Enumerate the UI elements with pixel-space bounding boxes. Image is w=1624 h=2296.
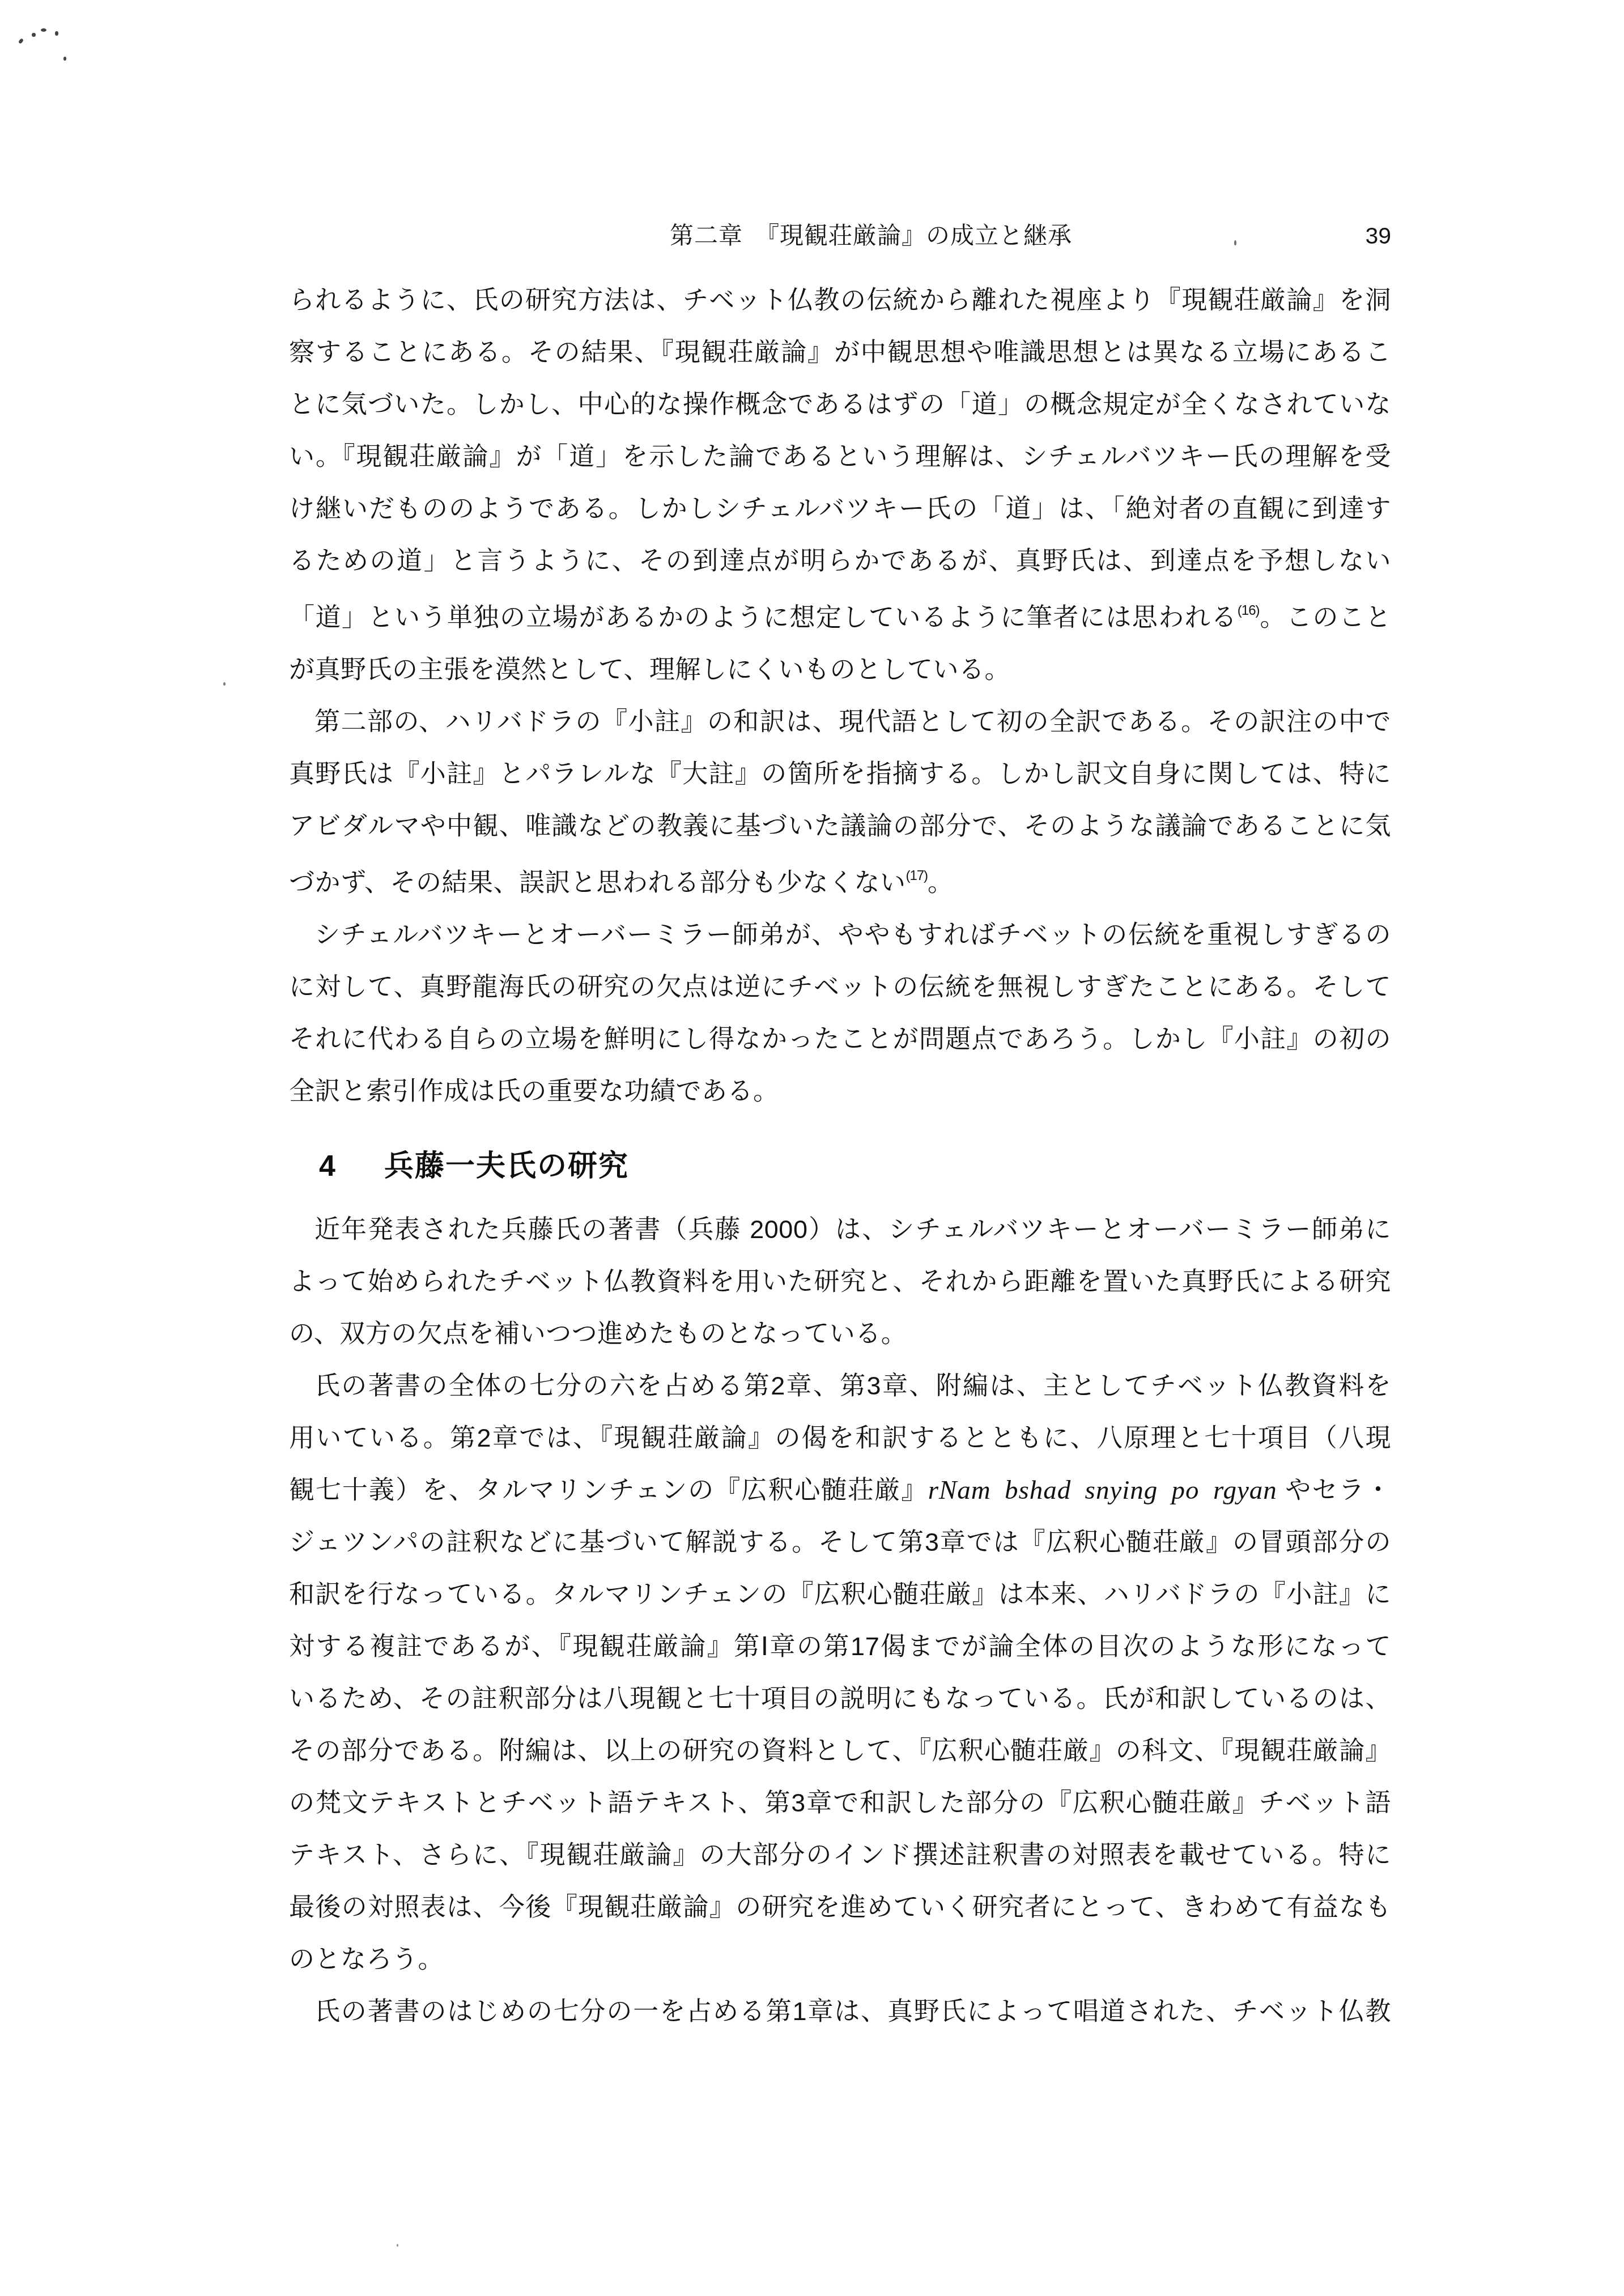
text-segment: づかず、その結果、誤訳と思われる部分も少なくない xyxy=(289,868,905,897)
text-segment: 和訳を行なっている。タルマリンチェンの『広釈心髄荘厳』は本来、ハリバドラの『小註… xyxy=(289,1580,1391,1609)
text-segment: い。『現観荘厳論』が「道」を示した論であるという理解は、シチェルバツキー氏の理解… xyxy=(289,442,1391,471)
text-line: テキスト、さらに、『現観荘厳論』の大部分のインド撰述註釈書の対照表を載せている。… xyxy=(289,1829,1391,1881)
section-title: 兵藤一夫氏の研究 xyxy=(384,1150,629,1183)
text-line: い。『現観荘厳論』が「道」を示した論であるという理解は、シチェルバツキー氏の理解… xyxy=(289,431,1391,483)
text-segment: 。このこと xyxy=(1260,603,1391,632)
scan-speck xyxy=(63,57,66,61)
text-line: づかず、その結果、誤訳と思われる部分も少なくない(17)。 xyxy=(289,852,1391,909)
text-line: の梵文テキストとチベット語テキスト、第3章で和訳した部分の『広釈心髄荘厳』チベッ… xyxy=(289,1777,1391,1829)
scan-speck xyxy=(18,38,24,44)
text-line: 第二部の、ハリバドラの『小註』の和訳は、現代語として初の全訳である。その訳注の中… xyxy=(289,696,1391,748)
text-segment: の梵文テキストとチベット語テキスト、第3章で和訳した部分の『広釈心髄荘厳』チベッ… xyxy=(289,1788,1391,1817)
text-line: られるように、氏の研究方法は、チベット仏教の伝統から離れた視座より『現観荘厳論』… xyxy=(289,274,1391,326)
running-header: 第二章 『現観荘厳論』の成立と継承 39 xyxy=(289,222,1391,249)
text-segment: の、双方の欠点を補いつつ進めたものとなっている。 xyxy=(289,1319,907,1348)
text-line: け継いだもののようである。しかしシチェルバツキー氏の「道」は、「絶対者の直観に到… xyxy=(289,483,1391,535)
text-segment: 「道」という単独の立場があるかのように想定しているように筆者には思われる xyxy=(289,603,1238,632)
text-segment: とに気づいた。しかし、中心的な操作概念であるはずの「道」の概念規定が全くなされて… xyxy=(289,390,1391,419)
text-line: 近年発表された兵藤氏の著書（兵藤 2000）は、シチェルバツキーとオーバーミラー… xyxy=(289,1204,1391,1256)
text-line: 全訳と索引作成は氏の重要な功績である。 xyxy=(289,1065,1391,1117)
text-line: 対する複註であるが、『現観荘厳論』第Ⅰ章の第17偈までが論全体の目次のような形に… xyxy=(289,1621,1391,1673)
text-line: 氏の著書のはじめの七分の一を占める第1章は、真野氏によって唱道された、チベット仏… xyxy=(289,1985,1391,2038)
text-line: 用いている。第2章では、『現観荘厳論』の偈を和訳するとともに、八原理と七十項目（… xyxy=(289,1412,1391,1464)
text-line: 真野氏は『小註』とパラレルな『大註』の箇所を指摘する。しかし訳文自身に関しては、… xyxy=(289,748,1391,800)
section-heading: 4兵藤一夫氏の研究 xyxy=(289,1140,1391,1192)
text-line: のとなろう。 xyxy=(289,1933,1391,1985)
text-segment: 用いている。第2章では、『現観荘厳論』の偈を和訳するとともに、八原理と七十項目（… xyxy=(289,1423,1391,1452)
text-line: とに気づいた。しかし、中心的な操作概念であるはずの「道」の概念規定が全くなされて… xyxy=(289,379,1391,431)
body-text: られるように、氏の研究方法は、チベット仏教の伝統から離れた視座より『現観荘厳論』… xyxy=(289,274,1391,2038)
text-line: るための道」と言うように、その到達点が明らかであるが、真野氏は、到達点を予想しな… xyxy=(289,535,1391,587)
text-line: シチェルバツキーとオーバーミラー師弟が、ややもすればチベットの伝統を重視しすぎる… xyxy=(289,909,1391,961)
text-line: いるため、その註釈部分は八現観と七十項目の説明にもなっている。氏が和訳しているの… xyxy=(289,1673,1391,1725)
page-number: 39 xyxy=(1365,222,1391,249)
text-segment: のとなろう。 xyxy=(289,1945,444,1974)
text-segment: るための道」と言うように、その到達点が明らかであるが、真野氏は、到達点を予想しな… xyxy=(289,546,1391,575)
section-number: 4 xyxy=(319,1150,337,1183)
text-segment: 真野氏は『小註』とパラレルな『大註』の箇所を指摘する。しかし訳文自身に関しては、… xyxy=(289,759,1391,788)
text-line: それに代わる自らの立場を鮮明にし得なかったことが問題点であろう。しかし『小註』の… xyxy=(289,1013,1391,1065)
text-segment: 。 xyxy=(928,868,954,897)
text-segment: 全訳と索引作成は氏の重要な功績である。 xyxy=(289,1077,779,1106)
text-line: よって始められたチベット仏教資料を用いた研究と、それから距離を置いた真野氏による… xyxy=(289,1256,1391,1308)
scan-speck xyxy=(32,33,36,37)
text-segment: ジェツンパの註釈などに基づいて解説する。そして第3章では『広釈心髄荘厳』の冒頭部… xyxy=(289,1528,1391,1557)
text-segment: いるため、その註釈部分は八現観と七十項目の説明にもなっている。氏が和訳しているの… xyxy=(289,1684,1391,1713)
text-line: が真野氏の主張を漠然として、理解しにくいものとしている。 xyxy=(289,644,1391,696)
text-line: 最後の対照表は、今後『現観荘厳論』の研究を進めていく研究者にとって、きわめて有益… xyxy=(289,1881,1391,1933)
text-segment: その部分である。附編は、以上の研究の資料として、『広釈心髄荘厳』の科文、『現観荘… xyxy=(289,1736,1391,1765)
text-segment: 近年発表された兵藤氏の著書（兵藤 2000）は、シチェルバツキーとオーバーミラー… xyxy=(314,1215,1391,1244)
text-segment: 察することにある。その結果、『現観荘厳論』が中観思想や唯識思想とは異なる立場にあ… xyxy=(289,338,1391,367)
text-segment: やセラ・ xyxy=(1277,1476,1391,1504)
text-segment: 観七十義）を、タルマリンチェンの『広釈心髄荘厳』 xyxy=(289,1476,928,1504)
text-segment: に対して、真野龍海氏の研究の欠点は逆にチベットの伝統を無視しすぎたことにある。そ… xyxy=(289,972,1391,1001)
text-segment: 最後の対照表は、今後『現観荘厳論』の研究を進めていく研究者にとって、きわめて有益… xyxy=(289,1893,1391,1921)
text-segment: よって始められたチベット仏教資料を用いた研究と、それから距離を置いた真野氏による… xyxy=(289,1267,1391,1296)
text-segment: られるように、氏の研究方法は、チベット仏教の伝統から離れた視座より『現観荘厳論』… xyxy=(289,286,1391,314)
text-line: 察することにある。その結果、『現観荘厳論』が中観思想や唯識思想とは異なる立場にあ… xyxy=(289,326,1391,379)
footnote-marker: (16) xyxy=(1238,603,1260,618)
tibetan-title-romanized: rNam bshad snying po rgyan xyxy=(928,1476,1277,1505)
text-line: その部分である。附編は、以上の研究の資料として、『広釈心髄荘厳』の科文、『現観荘… xyxy=(289,1725,1391,1777)
scan-speck xyxy=(223,682,226,686)
text-segment: が真野氏の主張を漠然として、理解しにくいものとしている。 xyxy=(289,655,1010,684)
text-line: に対して、真野龍海氏の研究の欠点は逆にチベットの伝統を無視しすぎたことにある。そ… xyxy=(289,961,1391,1013)
text-line: アビダルマや中観、唯識などの教義に基づいた議論の部分で、そのような議論であること… xyxy=(289,800,1391,852)
text-line: 和訳を行なっている。タルマリンチェンの『広釈心髄荘厳』は本来、ハリバドラの『小註… xyxy=(289,1568,1391,1621)
scan-speck xyxy=(55,31,58,36)
text-segment: 氏の著書のはじめの七分の一を占める第1章は、真野氏によって唱道された、チベット仏… xyxy=(314,1997,1391,2026)
text-segment: 対する複註であるが、『現観荘厳論』第Ⅰ章の第17偈までが論全体の目次のような形に… xyxy=(289,1632,1391,1661)
text-segment: それに代わる自らの立場を鮮明にし得なかったことが問題点であろう。しかし『小註』の… xyxy=(289,1024,1391,1053)
scan-speck xyxy=(397,2244,398,2247)
text-segment: 第二部の、ハリバドラの『小註』の和訳は、現代語として初の全訳である。その訳注の中… xyxy=(314,707,1391,736)
text-line: 観七十義）を、タルマリンチェンの『広釈心髄荘厳』rNam bshad snyin… xyxy=(289,1464,1391,1516)
running-header-chapter-title: 第二章 『現観荘厳論』の成立と継承 xyxy=(670,222,1072,249)
text-line: ジェツンパの註釈などに基づいて解説する。そして第3章では『広釈心髄荘厳』の冒頭部… xyxy=(289,1516,1391,1568)
scan-speck xyxy=(1234,240,1236,245)
footnote-marker: (17) xyxy=(905,868,928,883)
text-segment: け継いだもののようである。しかしシチェルバツキー氏の「道」は、「絶対者の直観に到… xyxy=(289,494,1391,523)
text-segment: テキスト、さらに、『現観荘厳論』の大部分のインド撰述註釈書の対照表を載せている。… xyxy=(289,1840,1391,1869)
text-segment: シチェルバツキーとオーバーミラー師弟が、ややもすればチベットの伝統を重視しすぎる… xyxy=(314,920,1391,949)
scan-speck xyxy=(41,28,46,32)
text-segment: 氏の著書の全体の七分の六を占める第2章、第3章、附編は、主としてチベット仏教資料… xyxy=(314,1371,1391,1400)
text-line: 「道」という単独の立場があるかのように想定しているように筆者には思われる(16)… xyxy=(289,587,1391,644)
text-line: の、双方の欠点を補いつつ進めたものとなっている。 xyxy=(289,1308,1391,1360)
text-segment: アビダルマや中観、唯識などの教義に基づいた議論の部分で、そのような議論であること… xyxy=(289,811,1391,840)
scanned-book-page: 第二章 『現観荘厳論』の成立と継承 39 られるように、氏の研究方法は、チベット… xyxy=(0,0,1624,2296)
text-line: 氏の著書の全体の七分の六を占める第2章、第3章、附編は、主としてチベット仏教資料… xyxy=(289,1360,1391,1412)
